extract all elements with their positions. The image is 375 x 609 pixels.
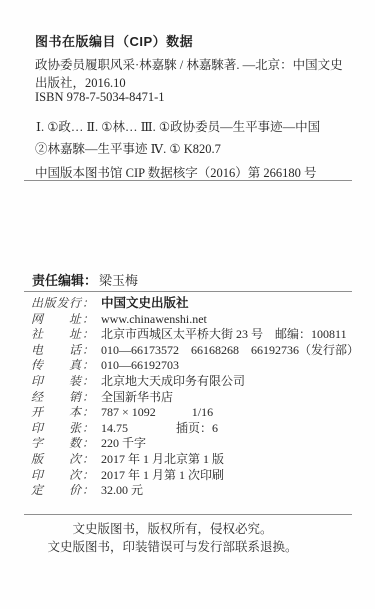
pub-colon: ： — [82, 452, 94, 466]
pub-label: 印次 — [31, 468, 81, 484]
classification-line-2: ②林嘉騋—生平事迹 Ⅳ. ① K820.7 — [35, 139, 221, 157]
divider-top — [24, 180, 352, 181]
pub-value: 北京地大天成印务有限公司 — [101, 374, 245, 388]
classification-line-1: Ⅰ. ①政… Ⅱ. ①林… Ⅲ. ①政协委员—生平事迹—中国 — [36, 117, 320, 135]
cip-record-number: 中国版本图书馆 CIP 数据核字（2016）第 266180 号 — [35, 163, 317, 181]
pub-label: 定价 — [31, 483, 81, 499]
pub-value: 2017 年 1 月第 1 次印刷 — [101, 468, 224, 482]
pub-label: 社址 — [31, 327, 81, 343]
pub-colon: ： — [82, 483, 94, 497]
cip-header: 图书在版编目（CIP）数据 — [35, 31, 193, 50]
pub-value: 787 × 1092 1/16 — [101, 405, 213, 419]
pub-label: 印张 — [31, 421, 81, 437]
editor-label: 责任编辑： — [32, 273, 97, 288]
pub-colon: ： — [82, 343, 94, 357]
pub-row-edition: 版次：2017 年 1 月北京第 1 版 — [31, 452, 361, 468]
pub-value: 全国新华书店 — [101, 390, 173, 404]
pub-label: 传真 — [31, 358, 81, 374]
pub-colon: ： — [82, 312, 94, 326]
divider-bottom — [24, 514, 352, 515]
pub-label: 字数 — [31, 436, 81, 452]
pub-row-phone: 电话：010—66173572 66168268 66192736（发行部） — [31, 343, 361, 359]
isbn: ISBN 978-7-5034-8471-1 — [35, 90, 165, 105]
pub-value: 北京市西城区太平桥大街 23 号 邮编：100811 — [101, 327, 347, 341]
pub-value: 14.75 插页：6 — [101, 421, 218, 435]
pub-colon: ： — [82, 421, 94, 435]
editor-line: 责任编辑：梁玉梅 — [32, 270, 138, 289]
bibliography-entry: 政协委员履职风采·林嘉騋 / 林嘉騋著. —北京：中国文史 出版社，2016.1… — [35, 56, 343, 92]
pub-row-address: 社址：北京市西城区太平桥大街 23 号 邮编：100811 — [31, 327, 361, 343]
copyright-notice-line-2: 文史版图书，印装错误可与发行部联系退换。 — [0, 538, 345, 556]
pub-label: 开本 — [31, 405, 81, 421]
pub-row-fax: 传真：010—66192703 — [31, 358, 361, 374]
bibliography-line-1: 政协委员履职风采·林嘉騋 / 林嘉騋著. —北京：中国文史 — [35, 56, 343, 74]
pub-row-sheets: 印张：14.75 插页：6 — [31, 421, 361, 437]
pub-colon: ： — [82, 390, 94, 404]
pub-row-wordcount: 字数：220 千字 — [31, 436, 361, 452]
pub-colon: ： — [82, 405, 94, 419]
pub-colon: ： — [82, 358, 94, 372]
pub-value: 010—66173572 66168268 66192736（发行部） — [101, 343, 359, 357]
pub-row-format: 开本：787 × 1092 1/16 — [31, 405, 361, 421]
pub-value: www.chinawenshi.net — [101, 312, 207, 326]
pub-row-impression: 印次：2017 年 1 月第 1 次印刷 — [31, 468, 361, 484]
pub-colon: ： — [82, 468, 94, 482]
pub-colon: ： — [82, 374, 94, 388]
editor-name: 梁玉梅 — [99, 273, 138, 288]
pub-label: 出版发行 — [31, 296, 81, 312]
pub-row-publisher: 出版发行：中国文史出版社 — [31, 296, 361, 312]
pub-value: 2017 年 1 月北京第 1 版 — [101, 452, 224, 466]
copyright-notice-line-1: 文史版图书，版权所有，侵权必究。 — [0, 520, 345, 538]
pub-value: 220 千字 — [101, 436, 146, 450]
pub-label: 印装 — [31, 374, 81, 390]
pub-colon: ： — [82, 296, 94, 310]
pub-value: 32.00 元 — [101, 483, 143, 497]
pub-label: 版次 — [31, 452, 81, 468]
pub-colon: ： — [82, 327, 94, 341]
divider-middle — [24, 291, 352, 292]
publication-info: 出版发行：中国文史出版社 网址：www.chinawenshi.net 社址：北… — [31, 296, 361, 499]
pub-row-distributor: 经销：全国新华书店 — [31, 390, 361, 406]
pub-value: 中国文史出版社 — [101, 296, 189, 310]
copyright-notice: 文史版图书，版权所有，侵权必究。 文史版图书，印装错误可与发行部联系退换。 — [0, 520, 345, 556]
pub-row-website: 网址：www.chinawenshi.net — [31, 312, 361, 328]
pub-label: 电话 — [31, 343, 81, 359]
pub-row-printer: 印装：北京地大天成印务有限公司 — [31, 374, 361, 390]
pub-label: 网址 — [31, 312, 81, 328]
copyright-page: 图书在版编目（CIP）数据 政协委员履职风采·林嘉騋 / 林嘉騋著. —北京：中… — [0, 0, 375, 609]
pub-colon: ： — [82, 436, 94, 450]
pub-label: 经销 — [31, 390, 81, 406]
pub-row-price: 定价：32.00 元 — [31, 483, 361, 499]
pub-value: 010—66192703 — [101, 358, 179, 372]
